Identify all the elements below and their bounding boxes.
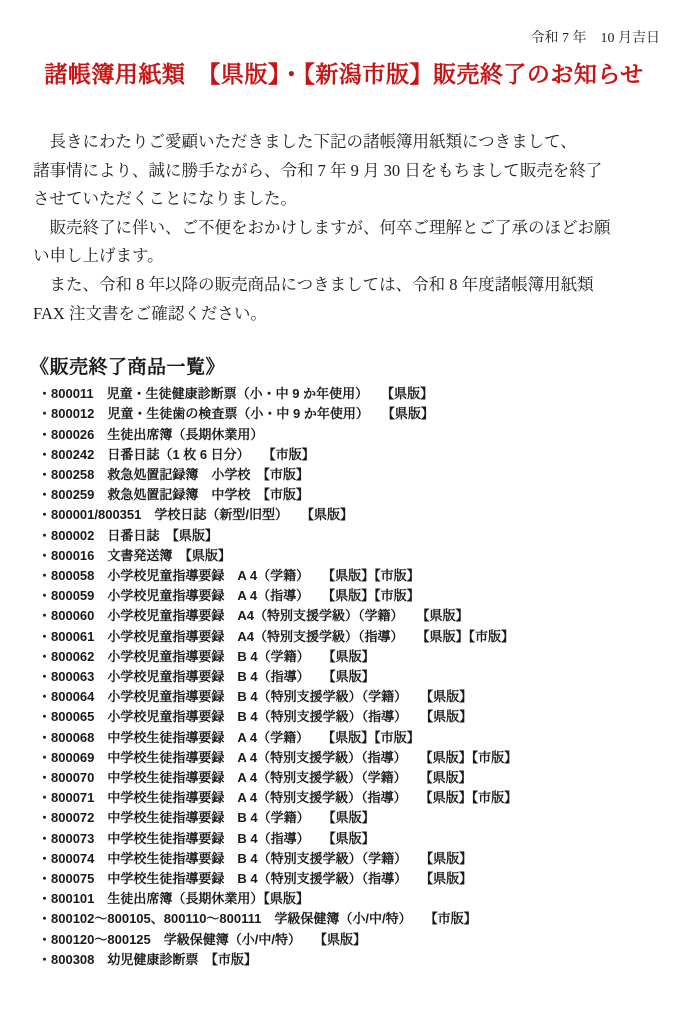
product-list-item: ・800070 中学校生徒指導要録 A 4（特別支援学級）（学籍） 【県版】: [38, 768, 688, 788]
product-list-item: ・800073 中学校生徒指導要録 B 4（指導） 【県版】: [38, 829, 688, 849]
product-list-item: ・800060 小学校児童指導要録 A4（特別支援学級）（学籍） 【県版】: [38, 606, 688, 626]
product-list-item: ・800026 生徒出席簿（長期休業用）: [38, 425, 688, 445]
date-line: 令和 7 年 10 月吉日: [0, 0, 660, 48]
product-list-item: ・800068 中学校生徒指導要録 A 4（学籍） 【県版】【市版】: [38, 728, 688, 748]
discontinued-products-heading: 《販売終了商品一覧》: [30, 355, 688, 381]
product-list-item: ・800071 中学校生徒指導要録 A 4（特別支援学級）（指導） 【県版】【市…: [38, 788, 688, 808]
product-list-item: ・800058 小学校児童指導要録 A 4（学籍） 【県版】【市版】: [38, 566, 688, 586]
product-list-item: ・800065 小学校児童指導要録 B 4（特別支援学級）（指導） 【県版】: [38, 707, 688, 727]
body-line: い申し上げます。: [33, 242, 660, 271]
body-line: 長きにわたりご愛顧いただきました下記の諸帳簿用紙類につきまして、: [33, 128, 660, 157]
product-list-item: ・800002 日番日誌 【県版】: [38, 526, 688, 546]
product-list-item: ・800072 中学校生徒指導要録 B 4（学籍） 【県版】: [38, 808, 688, 828]
product-list-item: ・800012 児童・生徒歯の検査票（小・中 9 か年使用） 【県版】: [38, 404, 688, 424]
product-list-item: ・800074 中学校生徒指導要録 B 4（特別支援学級）（学籍） 【県版】: [38, 849, 688, 869]
page-title: 諸帳簿用紙類 【県版】・【新潟市版】販売終了のお知らせ: [0, 59, 688, 90]
product-list-item: ・800259 救急処置記録簿 中学校 【市版】: [38, 485, 688, 505]
product-list-item: ・800061 小学校児童指導要録 A4（特別支援学級）（指導） 【県版】【市版…: [38, 627, 688, 647]
body-line: させていただくことになりました。: [33, 185, 660, 214]
discontinued-products-list: ・800011 児童・生徒健康診断票（小・中 9 か年使用） 【県版】・8000…: [38, 384, 688, 970]
product-list-item: ・800102～800105、800110～800111 学級保健簿（小/中/特…: [38, 909, 688, 929]
product-list-item: ・800120～800125 学級保健簿（小/中/特） 【県版】: [38, 930, 688, 950]
product-list-item: ・800308 幼児健康診断票 【市版】: [38, 950, 688, 970]
product-list-item: ・800016 文書発送簿 【県版】: [38, 546, 688, 566]
product-list-item: ・800075 中学校生徒指導要録 B 4（特別支援学級）（指導） 【県版】: [38, 869, 688, 889]
body-line: 諸事情により、誠に勝手ながら、令和 7 年 9 月 30 日をもちまして販売を終…: [33, 157, 660, 186]
product-list-item: ・800011 児童・生徒健康診断票（小・中 9 か年使用） 【県版】: [38, 384, 688, 404]
product-list-item: ・800101 生徒出席簿（長期休業用）【県版】: [38, 889, 688, 909]
product-list-item: ・800063 小学校児童指導要録 B 4（指導） 【県版】: [38, 667, 688, 687]
product-list-item: ・800258 救急処置記録簿 小学校 【市版】: [38, 465, 688, 485]
document-page: 令和 7 年 10 月吉日 諸帳簿用紙類 【県版】・【新潟市版】販売終了のお知ら…: [0, 0, 688, 1024]
body-text: 長きにわたりご愛顧いただきました下記の諸帳簿用紙類につきまして、諸事情により、誠…: [33, 128, 660, 328]
product-list-item: ・800059 小学校児童指導要録 A 4（指導） 【県版】【市版】: [38, 586, 688, 606]
product-list-item: ・800001/800351 学校日誌（新型/旧型） 【県版】: [38, 505, 688, 525]
product-list-item: ・800062 小学校児童指導要録 B 4（学籍） 【県版】: [38, 647, 688, 667]
body-line: また、令和 8 年以降の販売商品につきましては、令和 8 年度諸帳簿用紙類: [33, 271, 660, 300]
body-line: 販売終了に伴い、ご不便をおかけしますが、何卒ご理解とご了承のほどお願: [33, 214, 660, 243]
product-list-item: ・800069 中学校生徒指導要録 A 4（特別支援学級）（指導） 【県版】【市…: [38, 748, 688, 768]
product-list-item: ・800064 小学校児童指導要録 B 4（特別支援学級）（学籍） 【県版】: [38, 687, 688, 707]
body-line: FAX 注文書をご確認ください。: [33, 300, 660, 329]
product-list-item: ・800242 日番日誌（1 枚 6 日分） 【市版】: [38, 445, 688, 465]
